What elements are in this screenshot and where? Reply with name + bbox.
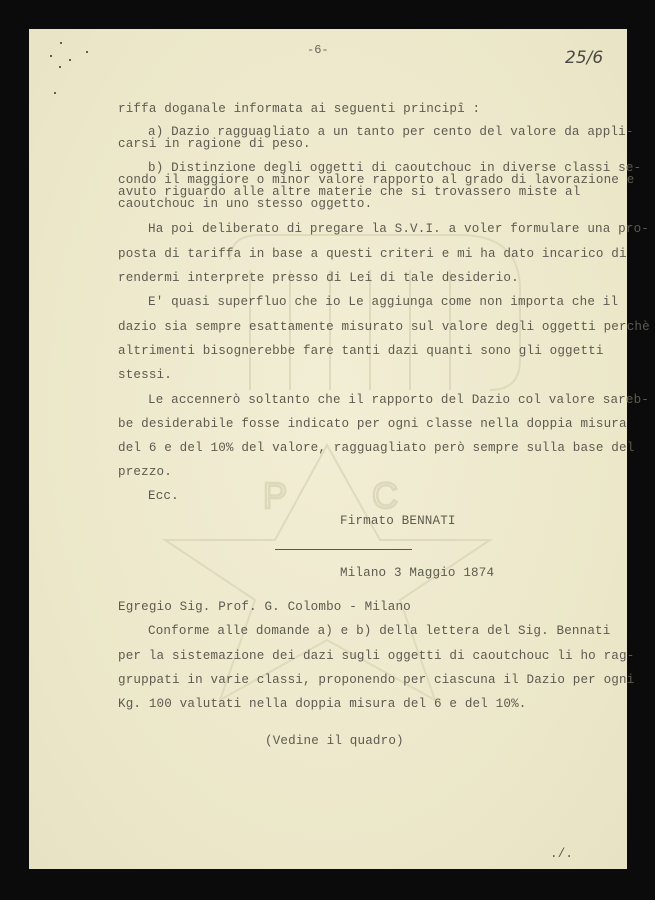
text-line: Ecc. [148, 490, 179, 503]
page-speck [54, 92, 56, 94]
text-line: Kg. 100 valutati nella doppia misura del… [118, 698, 527, 711]
text-line: carsi in ragione di peso. [118, 138, 311, 151]
text-line: altrimenti bisognerebbe fare tanti dazi … [118, 345, 604, 358]
page-speck [69, 59, 71, 61]
text-line: Conforme alle domande a) e b) della lett… [148, 625, 610, 638]
salutation-line: Egregio Sig. Prof. G. Colombo - Milano [118, 601, 411, 614]
text-line: riffa doganale informata ai seguenti pri… [118, 103, 480, 116]
date-line: Milano 3 Maggio 1874 [340, 567, 494, 580]
table-reference-note: (Vedine il quadro) [265, 735, 404, 748]
text-line: per la sistemazione dei dazi sugli ogget… [118, 650, 634, 663]
text-line: prezzo. [118, 466, 172, 479]
text-line: gruppati in varie classi, proponendo per… [118, 674, 634, 687]
text-line: caoutchouc in uno stesso oggetto. [118, 198, 372, 211]
page-speck [59, 66, 61, 68]
text-line: del 6 e del 10% del valore, ragguagliato… [118, 442, 634, 455]
page-speck [50, 55, 52, 57]
text-line: stessi. [118, 369, 172, 382]
page-number: -6- [307, 43, 329, 57]
page-speck [86, 51, 88, 53]
continuation-mark: ./. [550, 848, 573, 861]
text-line: Ha poi deliberato di pregare la S.V.I. a… [148, 223, 649, 236]
archive-reference: 25/6 [565, 48, 603, 68]
text-line: posta di tariffa in base a questi criter… [118, 248, 627, 261]
text-line: dazio sia sempre esattamente misurato su… [118, 321, 650, 334]
page-speck [60, 42, 62, 44]
text-line: rendermi interprete presso di Lei di tal… [118, 272, 519, 285]
text-line: E' quasi superfluo che io Le aggiunga co… [148, 296, 618, 309]
signature-line: Firmato BENNATI [340, 515, 456, 528]
separator-rule [275, 549, 412, 550]
text-line: be desiderabile fosse indicato per ogni … [118, 418, 627, 431]
text-line: Le accennerò soltanto che il rapporto de… [148, 394, 649, 407]
